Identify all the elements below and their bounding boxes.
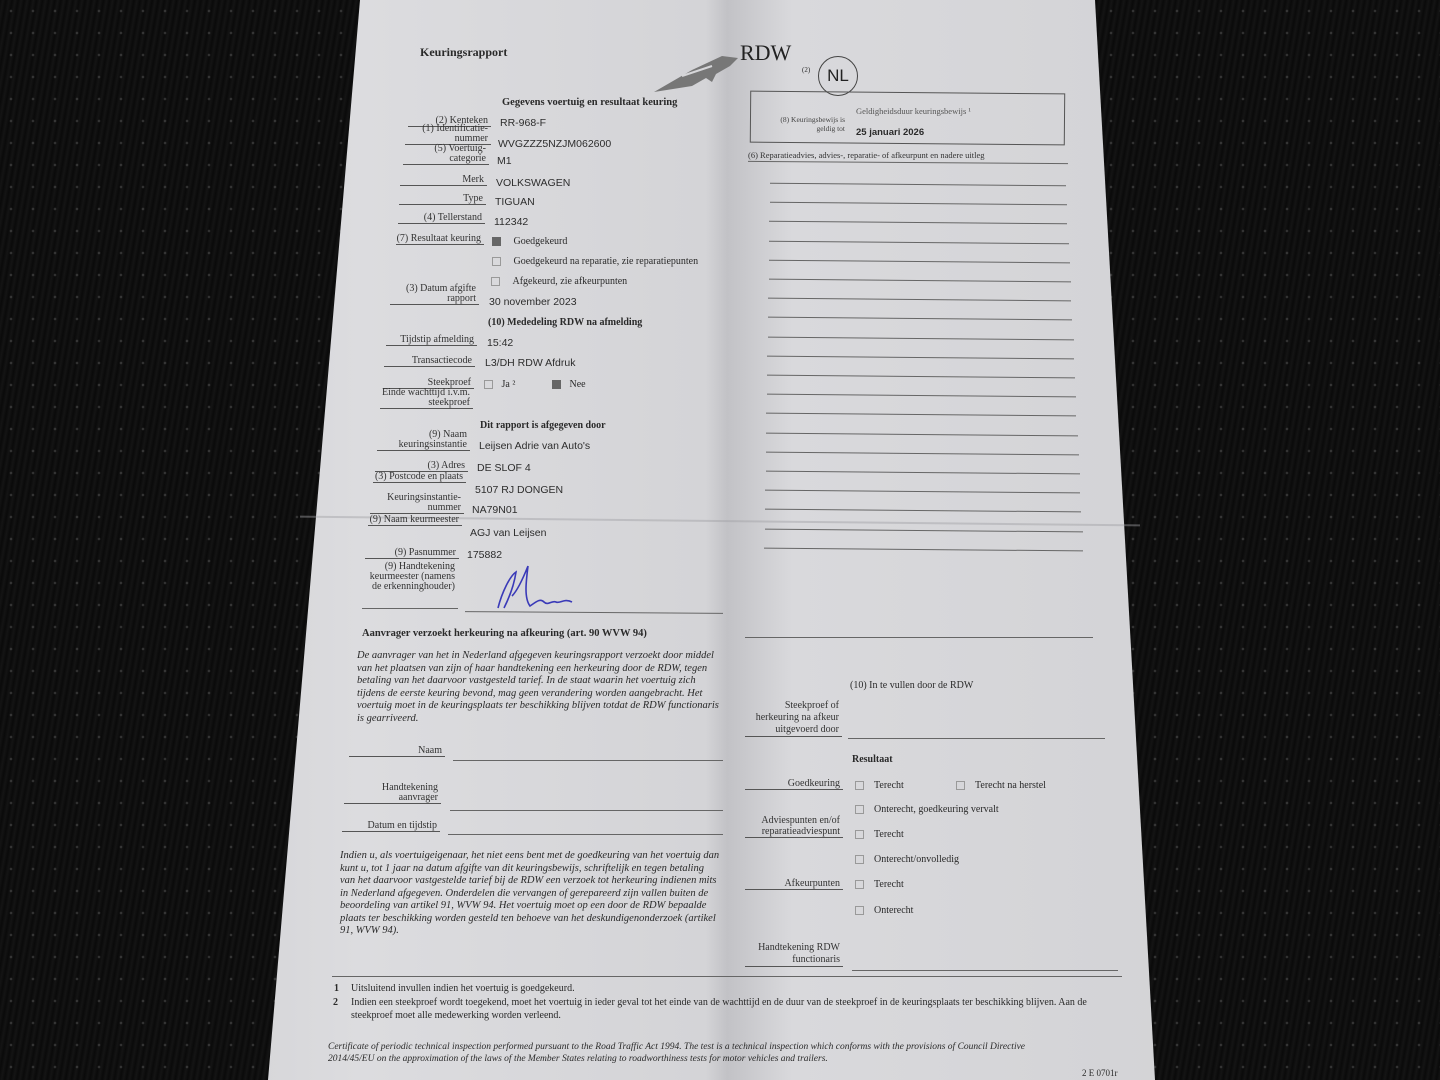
rdw-bird-logo-icon xyxy=(652,52,742,94)
time-value: 15:42 xyxy=(487,337,513,349)
vehicle-section-title: Gegevens voertuig en resultaat keuring xyxy=(502,97,677,108)
field-value-vin: WVGZZZ5NZJM062600 xyxy=(498,138,611,150)
validity-label: (8) Keuringsbewijs is geldig tot xyxy=(770,115,845,133)
field-label-merk: Merk xyxy=(400,175,487,186)
applicant-name-label: Naam xyxy=(349,746,445,757)
issuer-number-label: Keuringsinstantie- nummer xyxy=(370,493,464,514)
country-badge: NL xyxy=(818,56,858,96)
inspector-name-label: (9) Naam keurmeester xyxy=(368,515,462,526)
reject-label: Afkeurpunten xyxy=(745,879,843,890)
reinspection-text: De aanvrager van het in Nederland afgege… xyxy=(357,650,719,725)
field-label-vin: (1) Identificatie- nummer xyxy=(405,124,491,145)
form-code: 2 E 0701r xyxy=(1082,1068,1118,1078)
issuer-postcode-value: 5107 RJ DONGEN xyxy=(475,484,563,496)
performed-by-field[interactable] xyxy=(848,738,1105,739)
approval-label: Goedkeuring xyxy=(745,779,843,790)
field-value-category: M1 xyxy=(497,155,512,167)
applicant-signature-label: Handtekening aanvrager xyxy=(344,783,441,804)
transaction-value: L3/DH RDW Afdruk xyxy=(485,357,575,369)
checkbox-icon xyxy=(855,781,864,790)
field-label-type: Type xyxy=(399,194,486,205)
rdw-signature-label: Handtekening RDW functionaris xyxy=(745,942,843,967)
checkbox-icon xyxy=(855,880,864,889)
checkbox-icon xyxy=(484,380,493,389)
checkbox-icon xyxy=(855,830,864,839)
owner-text: Indien u, als voertuigeigenaar, het niet… xyxy=(340,850,720,938)
advice-label: Adviespunten en/of reparatieadviespunt xyxy=(745,815,843,838)
footnote-2: 2Indien een steekproef wordt toegekend, … xyxy=(333,996,1103,1022)
checkbox-checked-icon xyxy=(552,380,561,389)
approval-correct-after-repair-option[interactable]: Terecht na herstel xyxy=(956,780,1046,791)
transaction-label: Transactiecode xyxy=(384,356,475,367)
inspector-name-value: AGJ van Leijsen xyxy=(470,527,546,539)
datetime-label: Datum en tijdstip xyxy=(342,821,440,832)
performed-by-label: Steekproef of herkeuring na afkeur uitge… xyxy=(745,700,842,737)
rdw-signature-field[interactable] xyxy=(852,970,1118,971)
report-title: Keuringsrapport xyxy=(420,45,507,60)
approval-correct-option[interactable]: Terecht xyxy=(855,780,904,791)
checkbox-icon xyxy=(492,257,501,266)
handwritten-signature-icon xyxy=(492,562,582,614)
issuer-address-value: DE SLOF 4 xyxy=(477,462,531,474)
field-value-odometer: 112342 xyxy=(494,216,528,228)
approval-incorrect-option[interactable]: Onterecht, goedkeuring vervalt xyxy=(855,804,999,815)
validity-title: Geldigheidsduur keuringsbewijs ¹ xyxy=(856,106,971,116)
repair-title: (6) Reparatieadvies, advies-, reparatie-… xyxy=(748,150,984,160)
field-value-type: TIGUAN xyxy=(495,196,535,208)
rdw-brand: RDW xyxy=(740,40,791,66)
issuer-name-label: (9) Naam keuringsinstantie xyxy=(377,430,470,451)
checkbox-icon xyxy=(855,855,864,864)
datetime-field[interactable] xyxy=(448,834,723,835)
field-label-odometer: (4) Tellerstand xyxy=(398,213,485,224)
time-label: Tijdstip afmelding xyxy=(386,335,477,346)
advice-correct-option[interactable]: Terecht xyxy=(855,829,904,840)
wait-label: Einde wachttijd i.v.m. steekproef xyxy=(380,388,473,409)
validity-value: 25 januari 2026 xyxy=(856,127,924,138)
applicant-signature-field[interactable] xyxy=(450,810,723,811)
inspection-report-paper xyxy=(0,0,1440,1080)
issuer-number-value: NA79N01 xyxy=(472,504,518,516)
sample-no-option[interactable]: Nee xyxy=(552,379,586,390)
advice-incorrect-option[interactable]: Onterecht/onvolledig xyxy=(855,854,959,865)
checkbox-icon xyxy=(491,277,500,286)
issuer-section-title: Dit rapport is afgegeven door xyxy=(480,420,606,431)
issuer-postcode-label: (3) Postcode en plaats xyxy=(373,472,466,483)
country-ref: (2) xyxy=(802,66,810,74)
date-label: (3) Datum afgifte rapport xyxy=(390,284,479,305)
result-option-approved-after-repair[interactable]: Goedgekeurd na reparatie, zie reparatiep… xyxy=(492,256,698,267)
sample-yes-option[interactable]: Ja ² xyxy=(484,379,515,390)
signature-label: (9) Handtekening keurmeester (namens de … xyxy=(362,562,458,592)
result-label: (7) Resultaat keuring xyxy=(396,234,484,245)
applicant-name-field[interactable] xyxy=(453,760,723,761)
issuer-name-value: Leijsen Adrie van Auto's xyxy=(479,440,590,452)
certificate-text: Certificate of periodic technical inspec… xyxy=(328,1041,1068,1065)
notice-section-title: (10) Mededeling RDW na afmelding xyxy=(488,317,642,328)
reinspection-title: Aanvrager verzoekt herkeuring na afkeuri… xyxy=(362,628,647,639)
checkbox-icon xyxy=(855,906,864,915)
reject-correct-option[interactable]: Terecht xyxy=(855,879,904,890)
pass-number-value: 175882 xyxy=(467,549,502,561)
pass-number-label: (9) Pasnummer xyxy=(365,548,459,559)
field-value-kenteken: RR-968-F xyxy=(500,117,546,129)
footnote-1: 1Uitsluitend invullen indien het voertui… xyxy=(334,983,575,994)
result-option-approved[interactable]: Goedgekeurd xyxy=(492,236,567,247)
field-value-merk: VOLKSWAGEN xyxy=(496,177,570,189)
result-option-rejected[interactable]: Afgekeurd, zie afkeurpunten xyxy=(491,276,627,287)
checkbox-icon xyxy=(956,781,965,790)
rdw-fill-title: (10) In te vullen door de RDW xyxy=(850,680,973,691)
reject-incorrect-option[interactable]: Onterecht xyxy=(855,905,913,916)
result-title: Resultaat xyxy=(852,754,893,765)
field-label-category: (5) Voertuig- categorie xyxy=(403,144,489,165)
checkbox-icon xyxy=(855,805,864,814)
date-value: 30 november 2023 xyxy=(489,296,577,308)
checkbox-checked-icon xyxy=(492,237,501,246)
